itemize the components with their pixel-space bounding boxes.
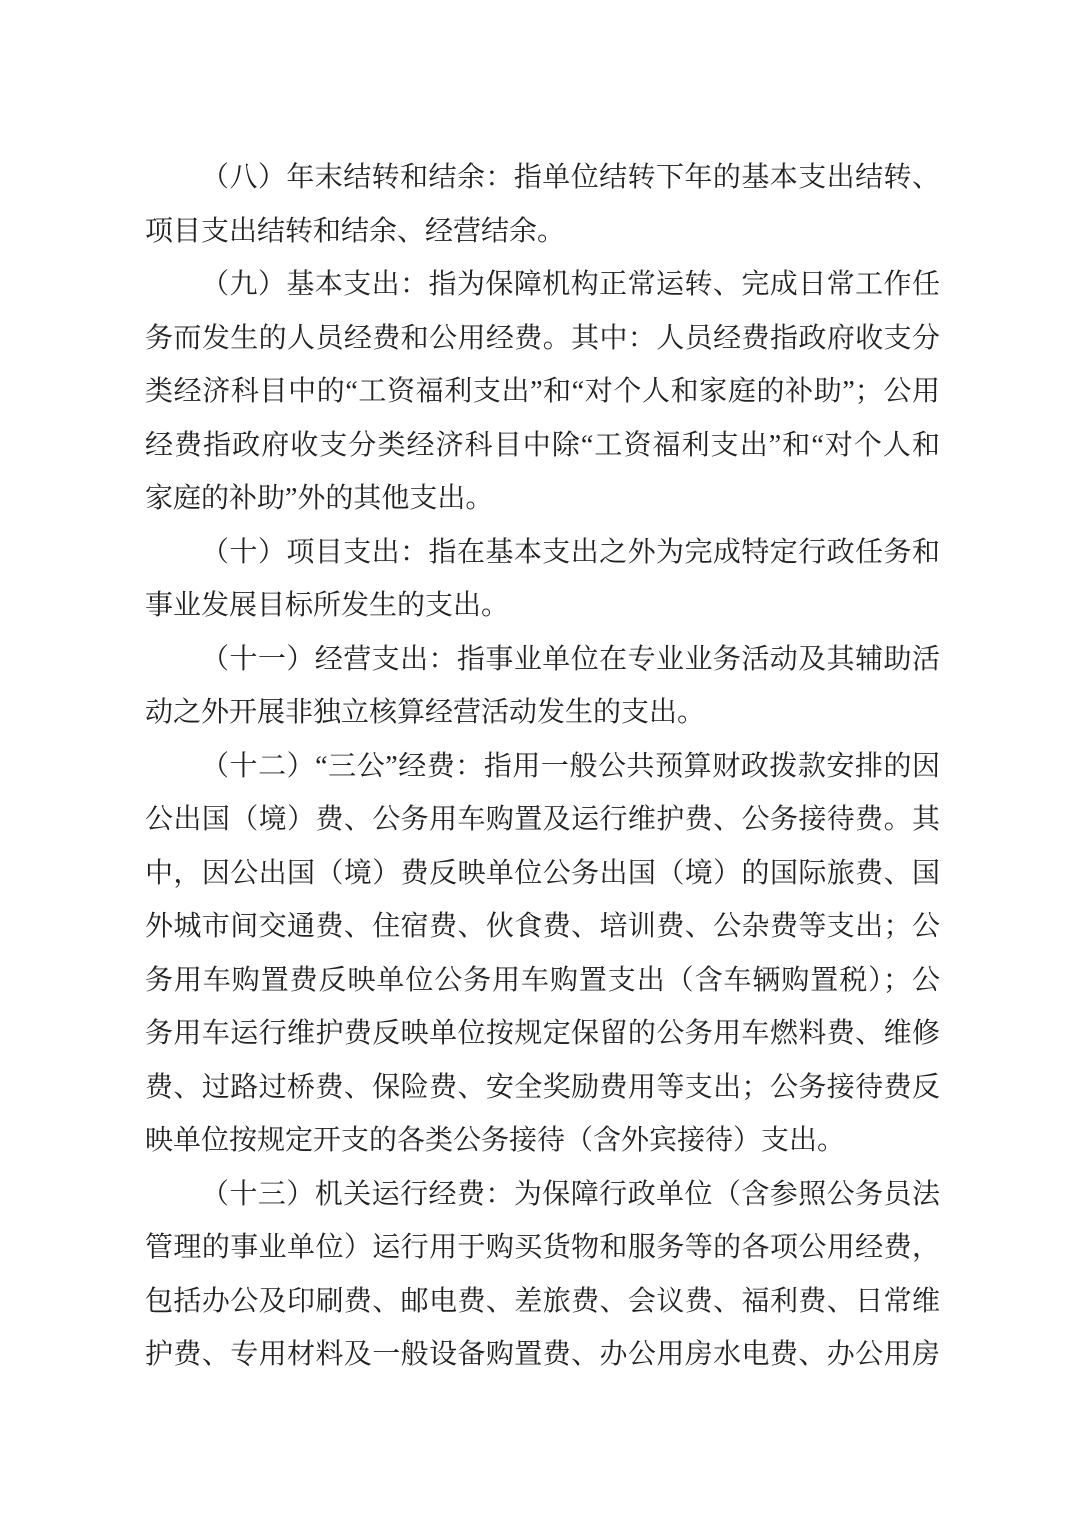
text-line: （十一）经营支出：指事业单位在专业业务活动及其辅助活 (145, 633, 940, 687)
text-line: 映单位按规定开支的各类公务接待（含外宾接待）支出。 (145, 1114, 940, 1168)
text-line: 中，因公出国（境）费反映单位公务出国（境）的国际旅费、国 (145, 847, 940, 901)
text-line: 护费、专用材料及一般设备购置费、办公用房水电费、办公用房 (145, 1328, 940, 1382)
document-page: （八）年末结转和结余：指单位结转下年的基本支出结转、 项目支出结转和结余、经营结… (0, 0, 1074, 1520)
document-text-block: （八）年末结转和结余：指单位结转下年的基本支出结转、 项目支出结转和结余、经营结… (145, 151, 940, 1382)
text-line: 务用车运行维护费反映单位按规定保留的公务用车燃料费、维修 (145, 1007, 940, 1061)
text-line: 务而发生的人员经费和公用经费。其中：人员经费指政府收支分 (145, 312, 940, 366)
text-line: （九）基本支出：指为保障机构正常运转、完成日常工作任 (145, 258, 940, 312)
text-line: 费、过路过桥费、保险费、安全奖励费用等支出；公务接待费反 (145, 1061, 940, 1115)
text-line: 包括办公及印刷费、邮电费、差旅费、会议费、福利费、日常维 (145, 1275, 940, 1329)
text-line: 外城市间交通费、住宿费、伙食费、培训费、公杂费等支出；公 (145, 900, 940, 954)
text-line: 家庭的补助”外的其他支出。 (145, 472, 940, 526)
text-line: 项目支出结转和结余、经营结余。 (145, 205, 940, 259)
text-line: 公出国（境）费、公务用车购置及运行维护费、公务接待费。其 (145, 793, 940, 847)
text-line: 务用车购置费反映单位公务用车购置支出（含车辆购置税）；公 (145, 954, 940, 1008)
text-line: 事业发展目标所发生的支出。 (145, 579, 940, 633)
text-line: 动之外开展非独立核算经营活动发生的支出。 (145, 686, 940, 740)
text-line: 管理的事业单位）运行用于购买货物和服务等的各项公用经费， (145, 1221, 940, 1275)
text-line: 经费指政府收支分类经济科目中除“工资福利支出”和“对个人和 (145, 419, 940, 473)
text-line: （十二）“三公”经费：指用一般公共预算财政拨款安排的因 (145, 740, 940, 794)
text-line: 类经济科目中的“工资福利支出”和“对个人和家庭的补助”；公用 (145, 365, 940, 419)
text-line: （八）年末结转和结余：指单位结转下年的基本支出结转、 (145, 151, 940, 205)
text-line: （十）项目支出：指在基本支出之外为完成特定行政任务和 (145, 526, 940, 580)
text-line: （十三）机关运行经费：为保障行政单位（含参照公务员法 (145, 1168, 940, 1222)
